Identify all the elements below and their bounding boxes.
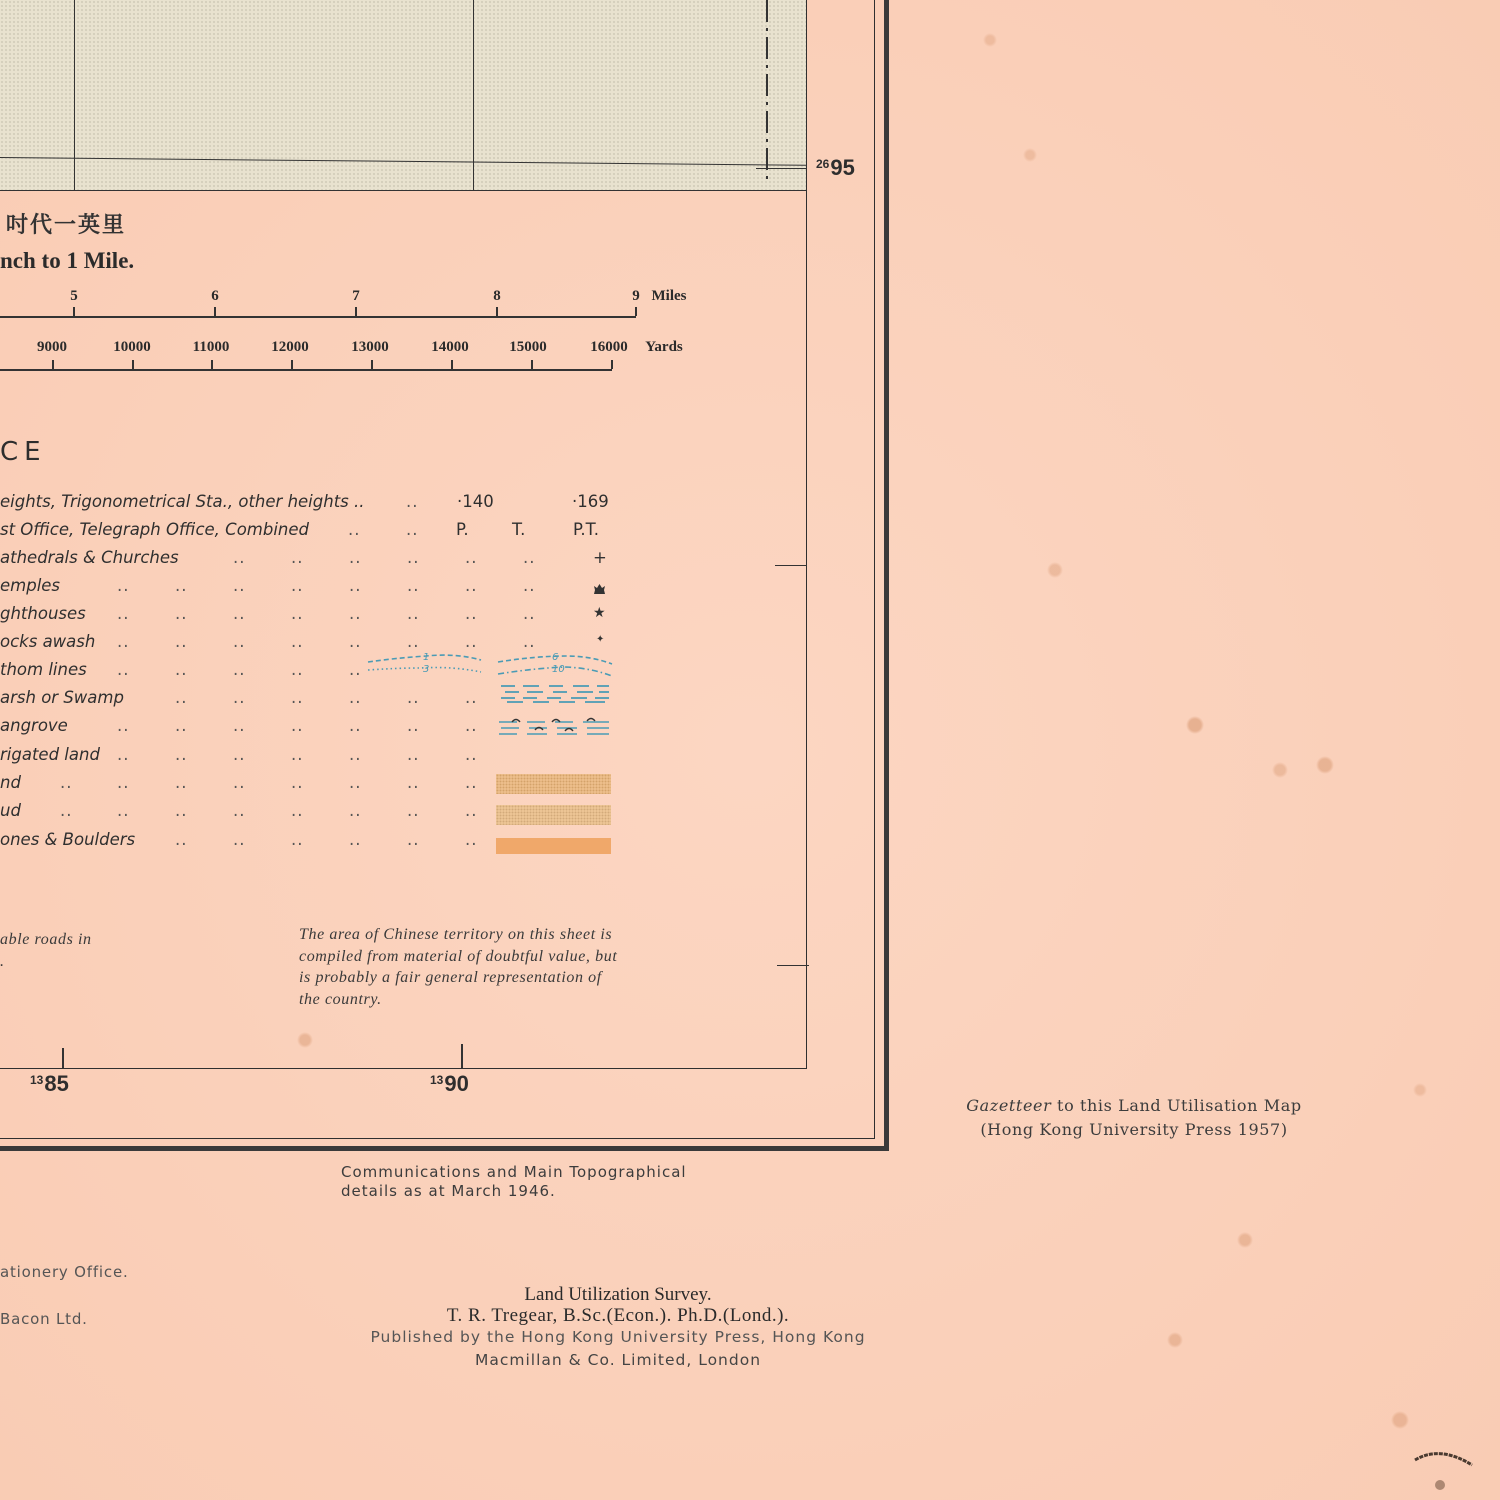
scale-tick-label: 9000	[37, 339, 67, 356]
legend-row-mangrove: angrove .. .. .. .. .. .. ..	[0, 716, 620, 742]
scale-tick-label: 9	[632, 288, 640, 305]
mud-swatch	[496, 805, 611, 825]
northing-label: 2695	[816, 155, 855, 181]
rock-awash-icon: ✦	[596, 634, 604, 645]
legend-row-stones: ones & Boulders .. .. .. .. .. ..	[0, 830, 620, 856]
church-cross-icon: +	[593, 548, 607, 567]
legend-row-marsh: arsh or Swamp .. .. .. .. .. ..	[0, 688, 620, 714]
mangrove-icon	[497, 716, 612, 738]
scale-tick-label: 5	[70, 288, 78, 305]
printer-fragment: Bacon Ltd.	[0, 1310, 88, 1328]
gazetteer-note: Gazetteer to this Land Utilisation Map (…	[938, 1094, 1330, 1142]
scale-tick-label: 7	[352, 288, 360, 305]
legend-row-churches: athedrals & Churches .. .. .. .. .. .. +	[0, 548, 620, 574]
scale-tick-label: 15000	[509, 339, 547, 356]
scale-tick-label: 11000	[193, 339, 230, 356]
communications-note: Communications and Main Topographical de…	[341, 1163, 687, 1201]
scale-tick-label: 16000	[590, 339, 628, 356]
scale-tick-label: 12000	[271, 339, 309, 356]
easting-tick	[62, 1048, 64, 1068]
easting-label-1385: 1385	[30, 1071, 69, 1097]
stones-swatch	[496, 838, 611, 854]
scale-unit-yards: Yards	[645, 339, 683, 356]
temple-icon	[593, 584, 606, 595]
legend-row-temples: emples .. .. .. .. .. .. .. ..	[0, 576, 620, 602]
roads-note: able roads in .	[0, 929, 92, 972]
stationery-office-fragment: ationery Office.	[0, 1263, 129, 1281]
scale-tick-label: 13000	[351, 339, 389, 356]
grid-tick	[775, 565, 807, 566]
legend-row-heights: eights, Trigonometrical Sta., other heig…	[0, 492, 620, 518]
scale-title: nch to 1 Mile.	[0, 248, 134, 274]
scale-tick-label: 14000	[431, 339, 469, 356]
easting-tick	[461, 1044, 463, 1068]
legend-row-lighthouses: ghthouses .. .. .. .. .. .. .. .. ★	[0, 604, 620, 630]
legend-row-sand: nd .. .. .. .. .. .. .. ..	[0, 773, 620, 799]
legend-heading: CE	[0, 437, 47, 467]
scale-tick-label: 6	[211, 288, 219, 305]
legend-row-post-office: st Office, Telegraph Office, Combined ..…	[0, 520, 620, 546]
svg-text:3: 3	[423, 664, 429, 675]
svg-text:10: 10	[552, 664, 565, 675]
chinese-territory-note: The area of Chinese territory on this sh…	[299, 924, 699, 1010]
sand-swatch	[496, 774, 611, 794]
scale-unit-miles: Miles	[652, 288, 687, 305]
svg-text:1: 1	[423, 652, 429, 663]
legend-row-irrigated-land: rigated land .. .. .. .. .. .. ..	[0, 745, 620, 771]
scale-tick-label: 8	[493, 288, 501, 305]
fathom-lines-icon: 1 3 6 10	[366, 650, 616, 682]
grid-tick	[777, 965, 809, 966]
easting-label-1390: 1390	[430, 1071, 469, 1097]
scale-chinese-title: 吋代一英里	[6, 208, 126, 239]
ink-stain-mark	[1410, 1440, 1480, 1500]
lighthouse-star-icon: ★	[593, 605, 606, 621]
svg-text:6: 6	[552, 652, 558, 663]
legend-row-mud: ud .. .. .. .. .. .. .. ..	[0, 801, 620, 827]
survey-imprint: Land Utilization Survey. T. R. Tregear, …	[318, 1284, 918, 1372]
marsh-icon	[497, 682, 612, 704]
scale-tick-label: 10000	[113, 339, 151, 356]
